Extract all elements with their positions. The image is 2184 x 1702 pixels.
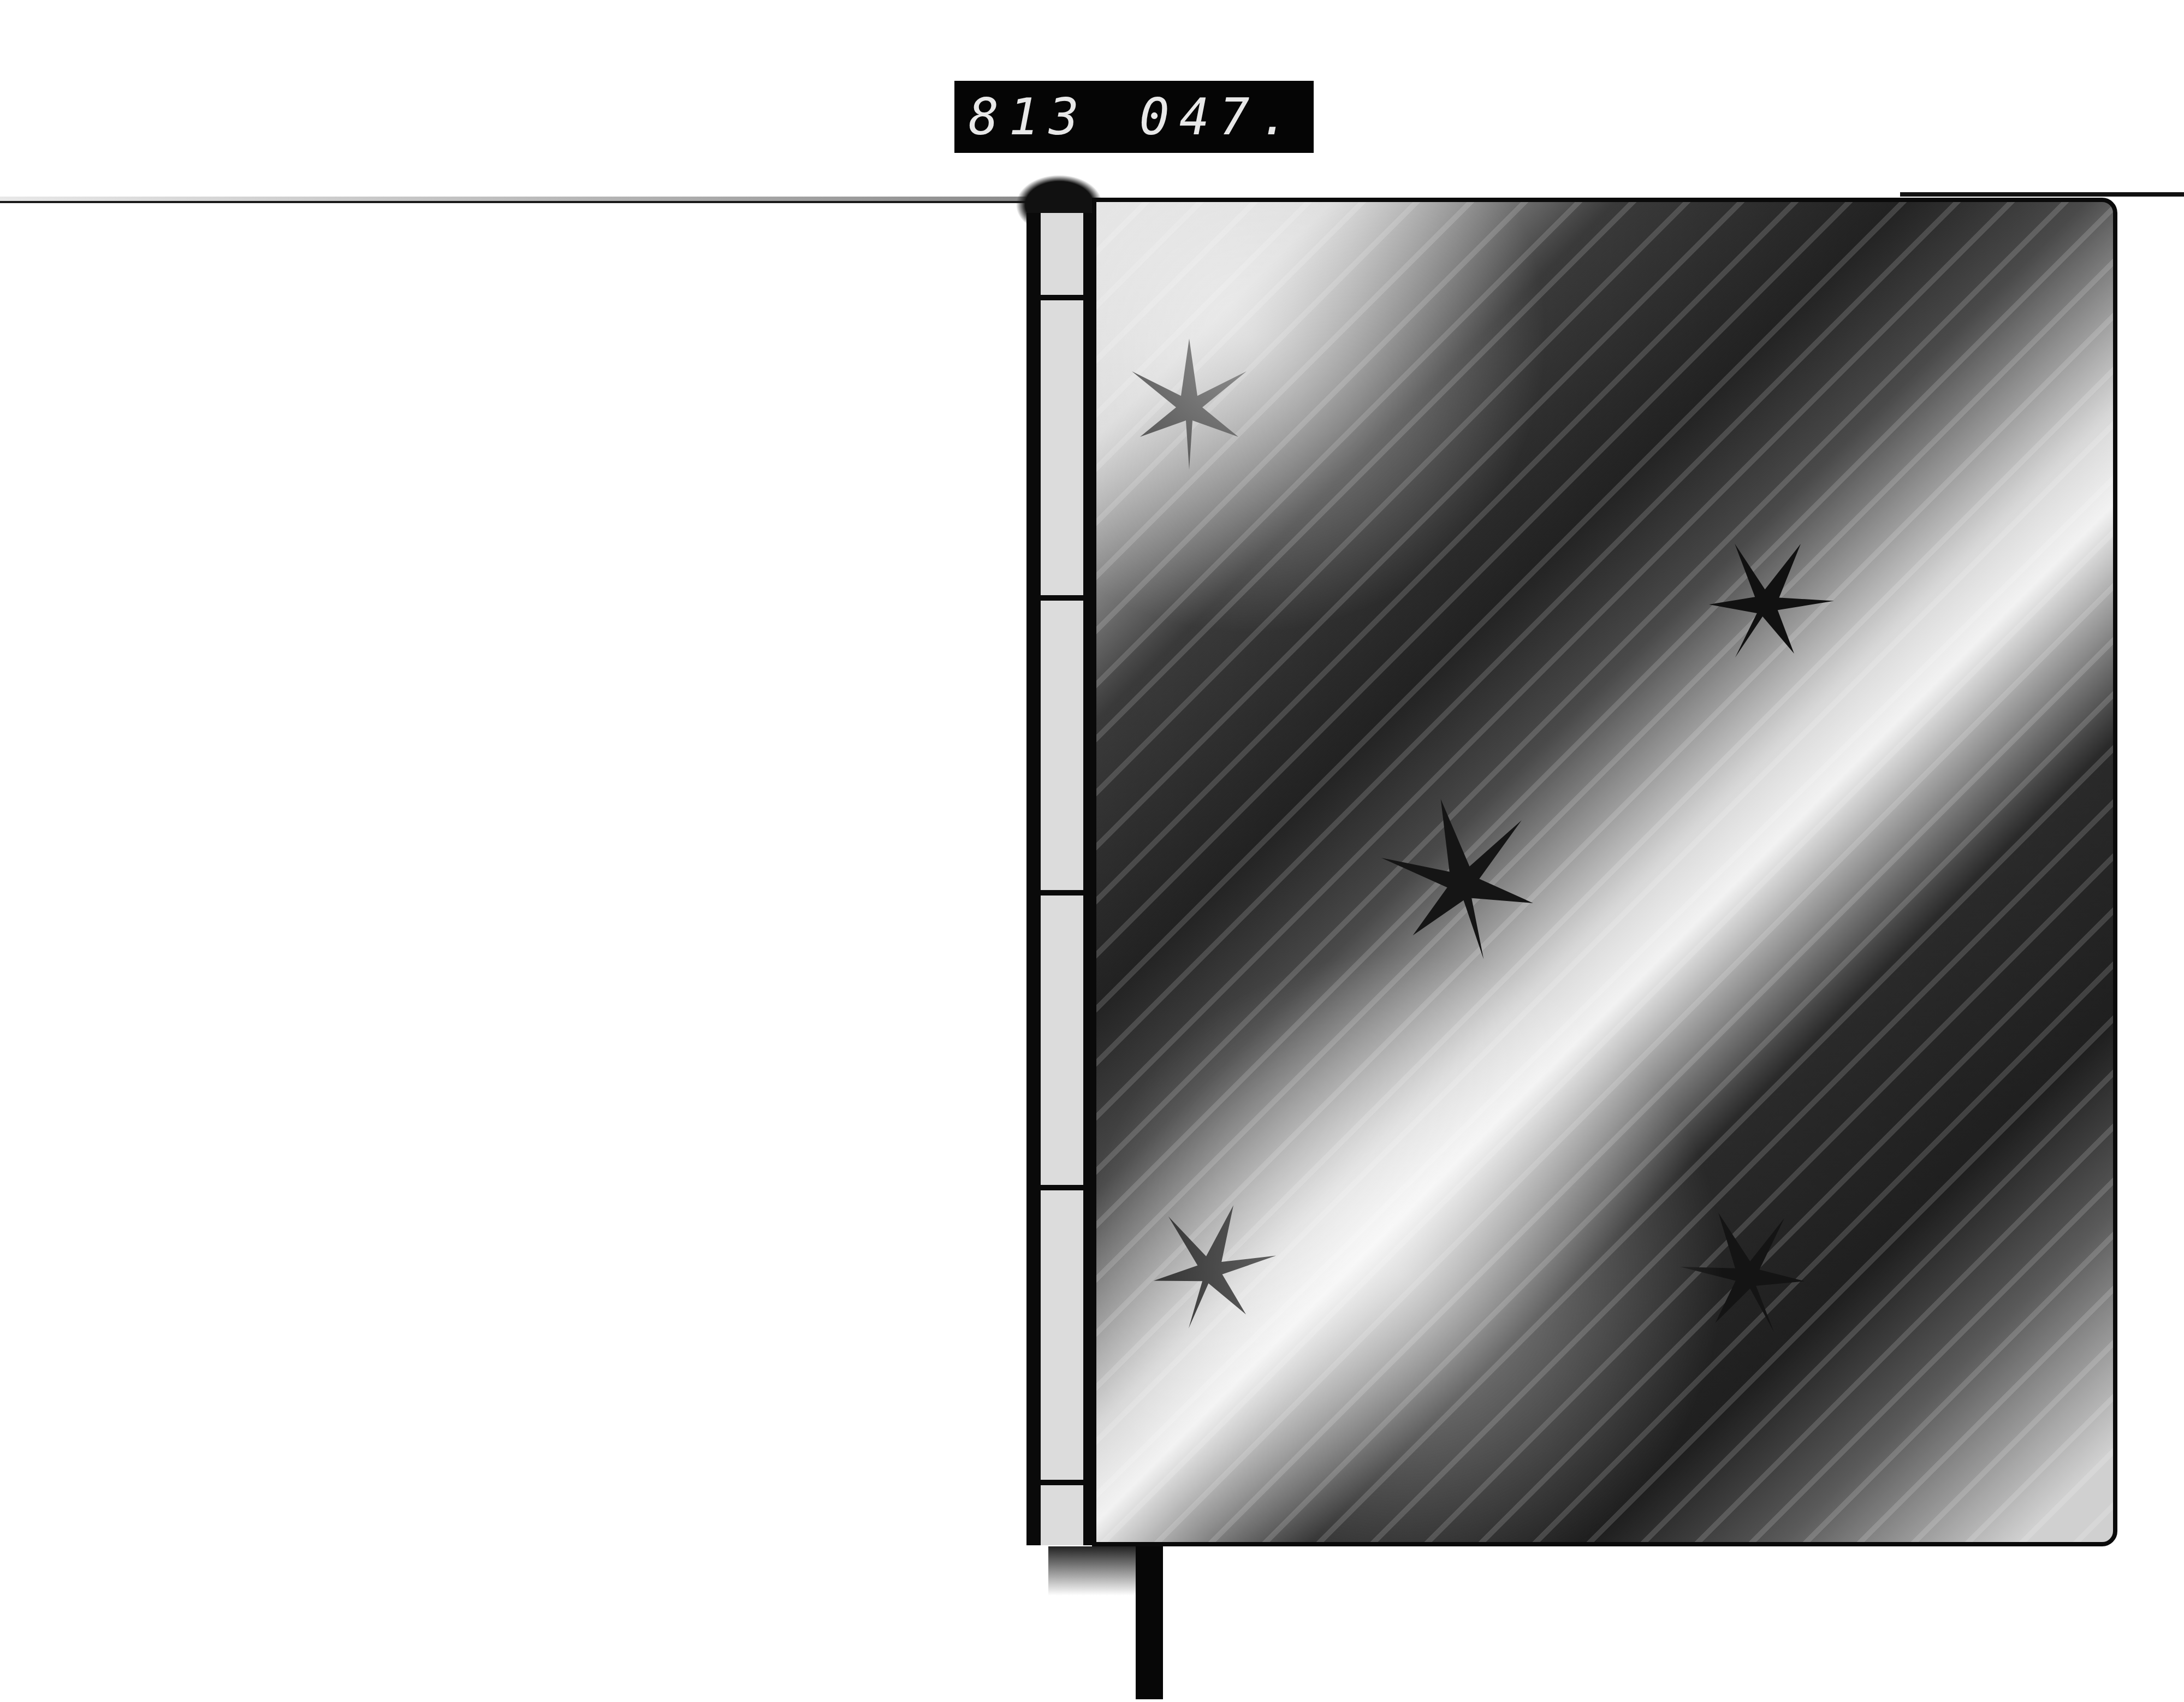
maple-leaf-icon — [1107, 322, 1271, 486]
binding-tie — [1041, 595, 1083, 601]
maple-leaf-icon — [1637, 1164, 1855, 1381]
top-rule-line — [0, 201, 1026, 203]
maple-leaf-icon — [1656, 489, 1880, 713]
top-rule-right — [1900, 192, 2184, 197]
binding-tie — [1041, 1480, 1083, 1485]
catalog-label-right: 047. — [1139, 88, 1299, 146]
tail-strap — [1136, 1546, 1163, 1699]
tail-shadow — [1048, 1546, 1136, 1596]
binding-tie — [1041, 1185, 1083, 1190]
maple-leaf-icon — [1106, 1162, 1316, 1372]
catalog-label: 813 047. — [954, 81, 1314, 153]
binding-tie — [1041, 890, 1083, 896]
catalog-label-left: 813 — [969, 88, 1089, 146]
maple-leaf-icon — [1335, 752, 1589, 1006]
book-spine — [1026, 213, 1092, 1545]
binding-tie — [1041, 295, 1083, 300]
book-cover — [1092, 198, 2117, 1546]
